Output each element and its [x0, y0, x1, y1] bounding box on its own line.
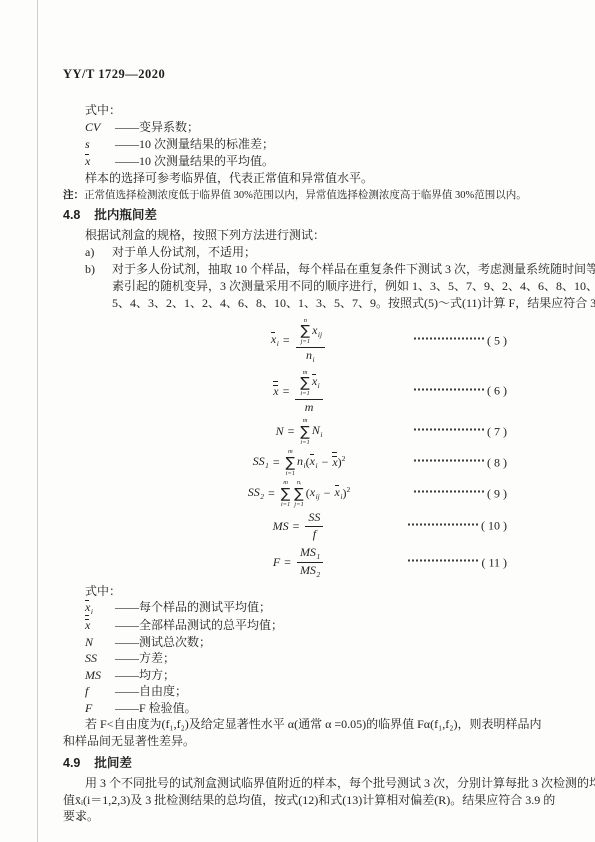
math-symbol: s [85, 138, 90, 152]
math-symbol: SS1 [253, 455, 269, 471]
math-symbol: )2 [342, 486, 350, 501]
dotted-leader [414, 491, 484, 493]
symbol: f [85, 683, 115, 700]
math-symbol: f [85, 685, 88, 699]
math-symbol: xi [310, 455, 318, 471]
list-item-text: 对于单人份试剂，不适用； [112, 244, 535, 261]
formula: xi=n∑j=1xijni [271, 316, 327, 366]
symbol-description: ——测试总次数； [115, 634, 211, 651]
equation-row: x=m∑i=1xim( 6 ) [63, 368, 535, 416]
paragraph-line: 用 3 个不同批号的试剂盒测试临界值附近的样本，每个批号测试 3 次，分别计算每… [63, 775, 535, 792]
equation-number-group: ( 9 ) [414, 485, 507, 502]
equation-number-group: ( 7 ) [414, 423, 507, 440]
summation: nᵢ∑j=1 [294, 479, 303, 508]
cv-symbol-block: 式中： CV——变异系数；s——10 次测量结果的标准差；x——10 次测量结果… [63, 102, 535, 204]
equation-number: ( 7 ) [487, 423, 507, 440]
symbol-definition-row: N——测试总次数； [63, 634, 535, 651]
f-test-paragraph-line: 若 F<自由度为(f₁,f₂)及给定显著性水平 α(通常 α =0.05)的临界… [63, 716, 535, 733]
symbol: xi [85, 599, 115, 617]
section-number: 4.8 [63, 208, 80, 222]
math-symbol: ni [297, 455, 306, 471]
list-item-text: 5、4、3、2、1、2、4、6、8、10、1、3、5、7、9。按照式(5)～式(… [112, 295, 535, 312]
list-item-label: b) [85, 261, 112, 312]
symbol-definition-row: F——F 检验值。 [63, 700, 535, 717]
fraction: MS1MS2 [297, 545, 323, 581]
paragraph-line: 要求。 [63, 808, 535, 825]
math-symbol: xi [312, 375, 320, 391]
math-symbol: − [324, 487, 331, 501]
symbol-description: ——方差； [115, 650, 175, 667]
summation: m∑i=1 [300, 369, 309, 398]
math-symbol: SS2 [248, 486, 264, 502]
fraction: n∑j=1xijni [296, 316, 325, 366]
symbol-definition-row: x——10 次测量结果的平均值。 [63, 153, 535, 170]
symbol: CV [85, 119, 115, 136]
dotted-leader [414, 338, 484, 340]
symbol-definition-row: MS——均方； [63, 667, 535, 684]
math-symbol: )2 [338, 455, 346, 470]
math-symbol: xi [271, 333, 279, 349]
summation: n∑j=1 [301, 317, 310, 346]
math-symbol: xij [312, 324, 322, 340]
equation-number: ( 10 ) [481, 518, 507, 535]
formula: SS1=m∑i=1ni(xi−x)2 [253, 448, 346, 477]
symbol-description: ——全部样品测试的总平均值； [115, 617, 283, 634]
math-symbol: = [273, 456, 280, 470]
equation-number: ( 11 ) [481, 554, 507, 571]
note-row: 注：正常值选择检测浓度低于临界值 30%范围以内，异常值选择检测浓度高于临界值 … [63, 187, 535, 204]
math-symbol: x [273, 385, 278, 399]
math-symbol: SS [85, 652, 97, 666]
math-symbol: = [293, 520, 300, 534]
math-symbol: MS [85, 669, 101, 683]
symbol-definition-row: xi——每个样品的测试平均值； [63, 599, 535, 617]
dotted-leader [414, 460, 484, 462]
math-symbol: F [85, 702, 92, 716]
math-symbol: SS [308, 511, 320, 525]
section-4-9-heading: 4.9批间差 [63, 755, 535, 772]
equation-row: SS1=m∑i=1ni(xi−x)2( 8 ) [63, 448, 535, 477]
equation-number: ( 5 ) [487, 332, 507, 349]
symbol-list-cv: CV——变异系数；s——10 次测量结果的标准差；x——10 次测量结果的平均值… [63, 119, 535, 170]
equation-number: ( 8 ) [487, 454, 507, 471]
equation-row: MS=SSf( 10 ) [63, 510, 535, 543]
formula: SS2=m∑i=1nᵢ∑j=1(xij−xi)2 [248, 479, 350, 508]
symbol-description: ——变异系数； [115, 119, 199, 136]
section-4-8-heading: 4.8批内瓶间差 [63, 207, 535, 224]
fraction: SSf [305, 510, 323, 543]
symbol-description: ——均方； [115, 667, 175, 684]
symbol-description: ——每个样品的测试平均值； [115, 599, 271, 617]
note-text: 正常值选择检测浓度低于临界值 30%范围以内，异常值选择检测浓度高于临界值 30… [84, 190, 527, 201]
math-symbol: MS1 [300, 546, 320, 562]
f-test-paragraph-line: 和样品间无显著性差异。 [63, 733, 535, 750]
math-symbol: x [85, 155, 90, 169]
equation-row: N=m∑i=1Ni( 7 ) [63, 417, 535, 446]
math-symbol: F [273, 556, 280, 570]
equation-number-group: ( 8 ) [414, 454, 507, 471]
scan-artifact-line [37, 0, 38, 842]
list-item-text: 素引起的随机变异，3 次测量采用不同的顺序进行，例如 1、3、5、7、9、2、4… [112, 278, 535, 295]
list-item-label: a) [85, 244, 112, 261]
where-label: 式中： [63, 102, 535, 119]
symbol-definition-row: x——全部样品测试的总平均值； [63, 617, 535, 634]
where-label: 式中： [63, 583, 535, 600]
formula: F=MS1MS2 [273, 545, 325, 581]
symbol-definition-row: CV——变异系数； [63, 119, 535, 136]
math-symbol: xi [335, 486, 343, 502]
symbol: x [85, 617, 115, 634]
equation-row: xi=n∑j=1xijni( 5 ) [63, 316, 535, 366]
math-symbol: = [283, 385, 290, 399]
symbol-description: ——F 检验值。 [115, 700, 197, 717]
equation-row: SS2=m∑i=1nᵢ∑j=1(xij−xi)2( 9 ) [63, 479, 535, 508]
math-symbol: CV [85, 121, 100, 135]
document-page: YY/T 1729—2020 式中： CV——变异系数；s——10 次测量结果的… [0, 0, 595, 842]
formula: N=m∑i=1Ni [276, 417, 323, 446]
math-symbol: ni [306, 349, 315, 365]
formula: MS=SSf [273, 510, 326, 543]
note-label: 注： [63, 189, 84, 201]
math-symbol: f [313, 528, 316, 542]
paragraph-line: 值x̄ᵢ(i＝1,2,3)及 3 批检测结果的总均值，按式(12)和式(13)计… [63, 792, 535, 809]
equation-number-group: ( 6 ) [414, 383, 507, 400]
math-symbol: = [283, 334, 290, 348]
list-item-a: a) 对于单人份试剂，不适用； [63, 244, 535, 261]
math-symbol: x [85, 619, 90, 633]
anova-symbol-block: 式中： xi——每个样品的测试平均值；x——全部样品测试的总平均值；N——测试总… [63, 583, 535, 749]
fraction: m∑i=1xim [295, 368, 322, 416]
equation-number: ( 6 ) [487, 383, 507, 400]
dotted-leader [414, 388, 484, 390]
symbol: N [85, 634, 115, 651]
symbol-description: ——自由度； [115, 683, 187, 700]
math-symbol: = [288, 425, 295, 439]
list-item-b: b) 对于多人份试剂，抽取 10 个样品，每个样品在重复条件下测试 3 次，考虑… [63, 261, 535, 312]
symbol: SS [85, 650, 115, 667]
section-4-8-lead: 根据试剂盒的规格，按照下列方法进行测试： [63, 227, 535, 244]
formula: x=m∑i=1xim [273, 368, 324, 416]
equation-number-group: ( 11 ) [408, 554, 507, 571]
math-symbol: N [276, 425, 284, 439]
math-symbol: Ni [312, 424, 323, 440]
symbol-description: ——10 次测量结果的平均值。 [115, 153, 274, 170]
equation-number: ( 9 ) [487, 485, 507, 502]
equation-number-group: ( 5 ) [414, 332, 507, 349]
symbol-definition-row: f——自由度； [63, 683, 535, 700]
doc-number-header: YY/T 1729—2020 [63, 66, 535, 83]
summation: m∑i=1 [281, 479, 290, 508]
equations-block: xi=n∑j=1xijni( 5 )x=m∑i=1xim( 6 )N=m∑i=1… [63, 316, 535, 581]
summation: m∑i=1 [300, 417, 309, 446]
dotted-leader [414, 429, 484, 431]
math-symbol: = [268, 487, 275, 501]
list-item-text: 对于多人份试剂，抽取 10 个样品，每个样品在重复条件下测试 3 次，考虑测量系… [112, 261, 535, 278]
math-symbol: MS2 [300, 564, 320, 580]
dotted-leader [408, 560, 478, 562]
math-symbol: m [305, 401, 314, 415]
symbol-definition-row: SS——方差； [63, 650, 535, 667]
math-symbol: N [85, 636, 93, 650]
symbol: F [85, 700, 115, 717]
section-4-9-paragraph: 用 3 个不同批号的试剂盒测试临界值附近的样本，每个批号测试 3 次，分别计算每… [63, 775, 535, 825]
symbol-description: ——10 次测量结果的标准差； [115, 136, 274, 153]
sample-selection-line: 样本的选择可参考临界值，代表正常值和异常值水平。 [63, 170, 535, 187]
symbol-definition-row: s——10 次测量结果的标准差； [63, 136, 535, 153]
section-title: 批间差 [94, 756, 132, 770]
section-title: 批内瓶间差 [94, 208, 157, 222]
symbol: s [85, 136, 115, 153]
section-number: 4.9 [63, 756, 80, 770]
math-symbol: MS [273, 520, 289, 534]
math-symbol: − [322, 456, 329, 470]
page-number: 4 [77, 810, 83, 827]
symbol-list-anova: xi——每个样品的测试平均值；x——全部样品测试的总平均值；N——测试总次数；S… [63, 599, 535, 716]
symbol: x [85, 153, 115, 170]
equation-number-group: ( 10 ) [408, 518, 507, 535]
dotted-leader [408, 523, 478, 525]
math-symbol: = [284, 556, 291, 570]
symbol: MS [85, 667, 115, 684]
equation-row: F=MS1MS2( 11 ) [63, 545, 535, 581]
page-content: YY/T 1729—2020 式中： CV——变异系数；s——10 次测量结果的… [63, 0, 535, 825]
math-symbol: xij [310, 486, 320, 502]
summation: m∑i=1 [286, 448, 295, 477]
